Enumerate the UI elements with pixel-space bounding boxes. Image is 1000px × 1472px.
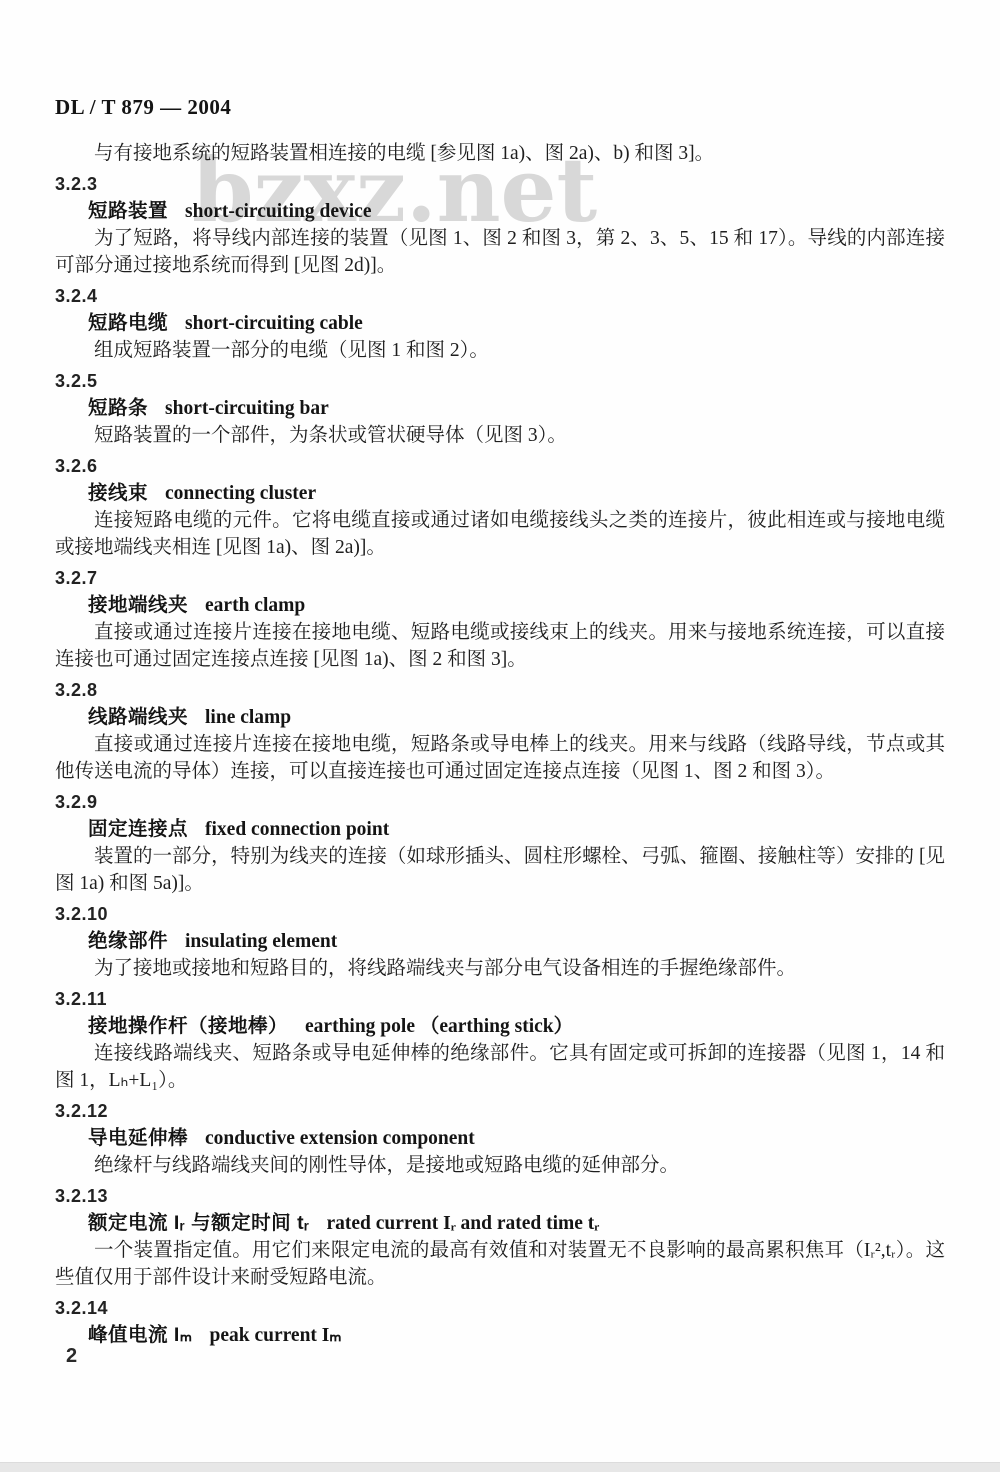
- term-line: 导电延伸棒conductive extension component: [55, 1125, 945, 1152]
- definition-section-3-2-6: 3.2.6 接线束connecting cluster 连接短路电缆的元件。它将…: [55, 453, 945, 561]
- definition-text: 装置的一部分，特别为线夹的连接（如球形插头、圆柱形螺栓、弓弧、箍圈、接触柱等）安…: [55, 843, 945, 897]
- definition-section-3-2-13: 3.2.13 额定电流 Iᵣ 与额定时间 tᵣrated current Iᵣ …: [55, 1183, 945, 1291]
- definition-section-3-2-8: 3.2.8 线路端线夹line clamp 直接或通过连接片连接在接地电缆，短路…: [55, 677, 945, 785]
- term-line: 接地操作杆（接地棒）earthing pole （earthing stick）: [55, 1013, 945, 1040]
- term-line: 额定电流 Iᵣ 与额定时间 tᵣrated current Iᵣ and rat…: [55, 1210, 945, 1237]
- term-chinese: 接线束: [88, 482, 148, 504]
- term-chinese: 短路条: [88, 397, 148, 419]
- section-number: 3.2.6: [55, 453, 945, 480]
- term-chinese: 导电延伸棒: [88, 1127, 188, 1149]
- term-line: 峰值电流 Iₘpeak current Iₘ: [55, 1322, 945, 1349]
- term-english: connecting cluster: [165, 483, 316, 504]
- term-chinese: 额定电流 Iᵣ 与额定时间 tᵣ: [88, 1212, 310, 1234]
- term-english: conductive extension component: [205, 1128, 475, 1149]
- scanned-document-page: bzxz.net DL / T 879 — 2004 与有接地系统的短路装置相连…: [0, 0, 1000, 1472]
- definition-text: 连接短路电缆的元件。它将电缆直接或通过诸如电缆接线头之类的连接片，彼此相连或与接…: [55, 507, 945, 561]
- definition-section-3-2-4: 3.2.4 短路电缆short-circuiting cable 组成短路装置一…: [55, 283, 945, 364]
- definition-section-3-2-12: 3.2.12 导电延伸棒conductive extension compone…: [55, 1098, 945, 1179]
- scan-edge-bar: [0, 1462, 1000, 1472]
- term-line: 短路电缆short-circuiting cable: [55, 310, 945, 337]
- definition-text: 一个装置指定值。用它们来限定电流的最高有效值和对装置无不良影响的最高累积焦耳（I…: [55, 1237, 945, 1291]
- definition-text: 为了接地或接地和短路目的，将线路端线夹与部分电气设备相连的手握绝缘部件。: [55, 955, 945, 982]
- term-chinese: 接地操作杆（接地棒）: [88, 1015, 288, 1037]
- term-chinese: 固定连接点: [88, 818, 188, 840]
- term-line: 短路条short-circuiting bar: [55, 395, 945, 422]
- term-line: 短路装置short-circuiting device: [55, 198, 945, 225]
- section-number: 3.2.9: [55, 789, 945, 816]
- term-english: short-circuiting bar: [165, 398, 329, 419]
- term-english: insulating element: [185, 931, 337, 952]
- term-line: 固定连接点fixed connection point: [55, 816, 945, 843]
- section-number: 3.2.12: [55, 1098, 945, 1125]
- definition-text: 直接或通过连接片连接在接地电缆，短路条或导电棒上的线夹。用来与线路（线路导线，节…: [55, 731, 945, 785]
- page-content: DL / T 879 — 2004 与有接地系统的短路装置相连接的电缆 [参见图…: [0, 0, 1000, 1349]
- definition-section-3-2-3: 3.2.3 短路装置short-circuiting device 为了短路，将…: [55, 171, 945, 279]
- term-line: 接地端线夹earth clamp: [55, 592, 945, 619]
- term-chinese: 接地端线夹: [88, 594, 188, 616]
- term-english: short-circuiting cable: [185, 313, 363, 334]
- section-number: 3.2.3: [55, 171, 945, 198]
- term-english: peak current Iₘ: [210, 1325, 342, 1346]
- term-chinese: 绝缘部件: [88, 930, 168, 952]
- definition-text: 连接线路端线夹、短路条或导电延伸棒的绝缘部件。它具有固定或可拆卸的连接器（见图 …: [55, 1040, 945, 1094]
- section-number: 3.2.5: [55, 368, 945, 395]
- term-english: fixed connection point: [205, 819, 389, 840]
- term-line: 接线束connecting cluster: [55, 480, 945, 507]
- section-number: 3.2.4: [55, 283, 945, 310]
- definition-section-3-2-10: 3.2.10 绝缘部件insulating element 为了接地或接地和短路…: [55, 901, 945, 982]
- term-chinese: 峰值电流 Iₘ: [88, 1324, 193, 1346]
- definition-section-3-2-14: 3.2.14 峰值电流 Iₘpeak current Iₘ: [55, 1295, 945, 1349]
- definition-text: 绝缘杆与线路端线夹间的刚性导体，是接地或短路电缆的延伸部分。: [55, 1152, 945, 1179]
- term-english: short-circuiting device: [185, 201, 371, 222]
- definition-text: 为了短路，将导线内部连接的装置（见图 1、图 2 和图 3，第 2、3、5、15…: [55, 225, 945, 279]
- section-number: 3.2.7: [55, 565, 945, 592]
- term-english: earthing pole （earthing stick）: [305, 1016, 573, 1037]
- section-number: 3.2.13: [55, 1183, 945, 1210]
- definition-text: 短路装置的一个部件，为条状或管状硬导体（见图 3）。: [55, 422, 945, 449]
- definition-section-3-2-9: 3.2.9 固定连接点fixed connection point 装置的一部分…: [55, 789, 945, 897]
- term-chinese: 短路电缆: [88, 312, 168, 334]
- term-english: line clamp: [205, 707, 291, 728]
- term-chinese: 线路端线夹: [88, 706, 188, 728]
- definition-section-3-2-7: 3.2.7 接地端线夹earth clamp 直接或通过连接片连接在接地电缆、短…: [55, 565, 945, 673]
- term-line: 绝缘部件insulating element: [55, 928, 945, 955]
- definition-section-3-2-11: 3.2.11 接地操作杆（接地棒）earthing pole （earthing…: [55, 986, 945, 1094]
- page-number: 2: [66, 1345, 77, 1368]
- section-number: 3.2.10: [55, 901, 945, 928]
- definition-text: 组成短路装置一部分的电缆（见图 1 和图 2）。: [55, 337, 945, 364]
- definition-section-3-2-5: 3.2.5 短路条short-circuiting bar 短路装置的一个部件，…: [55, 368, 945, 449]
- section-number: 3.2.14: [55, 1295, 945, 1322]
- section-number: 3.2.11: [55, 986, 945, 1013]
- term-english: rated current Iᵣ and rated time tᵣ: [327, 1213, 600, 1234]
- term-chinese: 短路装置: [88, 200, 168, 222]
- definition-text: 直接或通过连接片连接在接地电缆、短路电缆或接线束上的线夹。用来与接地系统连接，可…: [55, 619, 945, 673]
- term-english: earth clamp: [205, 595, 305, 616]
- section-number: 3.2.8: [55, 677, 945, 704]
- standard-number-header: DL / T 879 — 2004: [55, 96, 945, 118]
- term-line: 线路端线夹line clamp: [55, 704, 945, 731]
- intro-paragraph: 与有接地系统的短路装置相连接的电缆 [参见图 1a)、图 2a)、b) 和图 3…: [55, 140, 945, 167]
